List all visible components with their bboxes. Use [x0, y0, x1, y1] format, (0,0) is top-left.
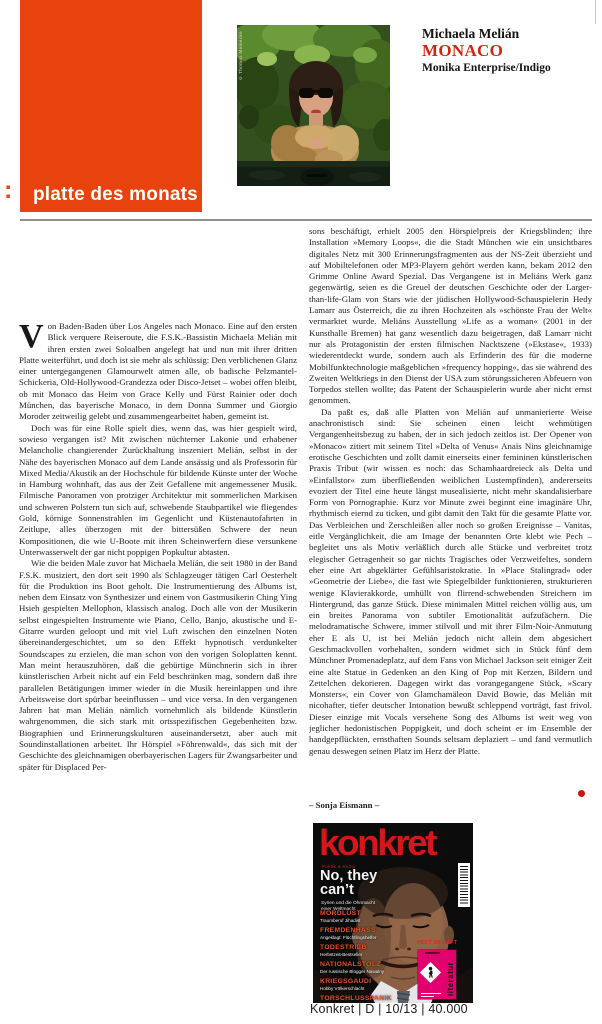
section-title: platte des monats [33, 184, 198, 206]
artist-photo-illustration [237, 25, 390, 186]
konkret-cover: konkret Politik & Kultur No, they can’t … [313, 823, 473, 1003]
album-title: MONACO [422, 42, 551, 60]
cover-headline: KRIEGSGAUDI Hobby Völkerschlacht [320, 978, 392, 991]
booklet-microtext [425, 952, 440, 954]
dropcap: V [19, 322, 44, 351]
cover-headline: TODESTRIEB Herbstzeit-Bestseller [320, 944, 392, 957]
cover-headline: FREMDENHASS Angeklagt: Flüchtlingshelfer [320, 927, 392, 940]
section-colon: : [4, 176, 12, 205]
paragraph: Da paßt es, daß alle Platten von Melián … [309, 407, 592, 757]
record-label: Monika Enterprise/Indigo [422, 62, 551, 74]
release-header: Michaela Melián MONACO Monika Enterprise… [422, 27, 551, 74]
cover-title: No, they can’t [320, 869, 377, 897]
divider-rule [20, 219, 592, 221]
end-of-article-dot [578, 790, 585, 797]
paragraph: Doch was für eine Rolle spielt dies, wen… [19, 423, 297, 559]
booklet-microtext [421, 996, 434, 998]
booklet-microtext [421, 993, 441, 995]
scan-artifact [595, 0, 596, 24]
artist-name: Michaela Melián [422, 27, 551, 41]
section-banner: platte des monats [20, 0, 202, 212]
konkret-masthead: konkret [319, 825, 473, 861]
article-column-left: Von Baden-Baden über Los Angeles nach Mo… [19, 321, 297, 773]
literatur-booklet: literatur [418, 950, 456, 999]
heft-im-heft-badge: HEFT IM HEFT [417, 940, 458, 946]
cover-headline: MORDLUST Traumberuf Jihadist [320, 910, 392, 923]
source-caption: Konkret | D | 10/13 | 40.000 [310, 1002, 468, 1016]
author-byline: – Sonja Eismann – [309, 800, 379, 810]
paragraph: Wie die beiden Male zuvor hat Michaela M… [19, 558, 297, 773]
cover-headline: NATIONALSTOLZ Der russische Blogger Nawa… [320, 961, 392, 974]
artist-photo: © Thomas Meinecke [237, 25, 390, 186]
paragraph: sons beschäftigt, erhielt 2005 den Hörsp… [309, 226, 592, 407]
booklet-title: literatur [446, 953, 455, 996]
article-column-right: sons beschäftigt, erhielt 2005 den Hörsp… [309, 226, 592, 792]
photo-credit: © Thomas Meinecke [238, 31, 243, 81]
barcode [458, 863, 470, 907]
walking-figure-icon [420, 962, 441, 983]
cover-headline-list: MORDLUST Traumberuf Jihadist FREMDENHASS… [320, 910, 392, 1003]
paragraph: Von Baden-Baden über Los Angeles nach Mo… [19, 321, 297, 423]
magazine-page: { "page": { "section_label": "platte des… [0, 0, 602, 1024]
